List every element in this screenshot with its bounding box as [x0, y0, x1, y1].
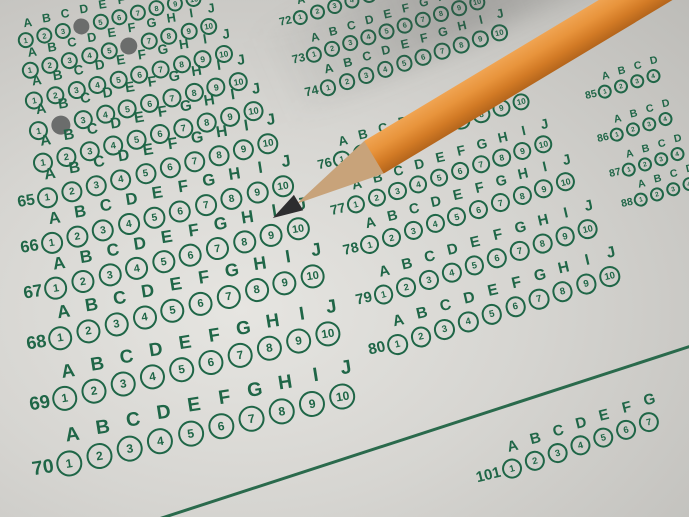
answer-bubble[interactable]: 1 — [633, 191, 650, 208]
question-number: 78 — [325, 239, 360, 262]
option-letter: F — [178, 218, 209, 243]
option-letter: A — [36, 164, 64, 186]
option-letter: H — [184, 62, 209, 81]
option-letter: F — [207, 384, 241, 412]
option-letter: H — [244, 251, 276, 276]
answer-bubble[interactable]: 2 — [366, 187, 388, 209]
option-letter: C — [79, 119, 105, 140]
option-letter: C — [98, 238, 129, 263]
option-letter: B — [86, 414, 120, 442]
option-letter: A — [371, 261, 398, 282]
option-letter: B — [81, 351, 114, 377]
question-number: 68 — [4, 330, 48, 357]
option-letter: I — [246, 157, 275, 180]
option-letter: G — [488, 171, 514, 192]
option-letter: E — [462, 232, 489, 253]
option-letter: A — [32, 130, 58, 151]
answer-bubble[interactable]: 3 — [665, 181, 682, 198]
option-letter: B — [56, 125, 82, 146]
option-letter: A — [51, 358, 84, 384]
option-letter: I — [298, 362, 332, 390]
option-letter: C — [104, 286, 136, 311]
option-letter: D — [139, 336, 172, 362]
option-letter: B — [61, 158, 89, 180]
question-number: 70 — [8, 455, 55, 485]
option-letter: H — [172, 35, 196, 53]
option-letter: B — [71, 244, 102, 269]
answer-bubble[interactable]: 2 — [625, 121, 642, 138]
option-letter: J — [554, 150, 580, 171]
answer-bubble[interactable]: 2 — [70, 268, 96, 294]
answer-bubble[interactable]: 2 — [409, 324, 434, 349]
option-letter: G — [216, 258, 248, 283]
question-number: 69 — [6, 390, 51, 418]
option-letter: D — [439, 240, 466, 261]
option-letter: G — [470, 134, 495, 154]
option-letter: G — [227, 315, 260, 341]
answer-bubble[interactable]: 1 — [47, 324, 74, 351]
answer-bubble[interactable]: 1 — [385, 332, 410, 357]
option-letter: D — [110, 146, 138, 168]
answer-bubble[interactable]: 2 — [637, 156, 654, 173]
option-letter: H — [220, 163, 249, 186]
option-letter: G — [183, 128, 211, 150]
answer-bubble[interactable]: 1 — [372, 283, 396, 307]
option-letter: I — [220, 84, 246, 105]
option-letter: D — [88, 56, 112, 74]
option-letter: E — [109, 51, 133, 69]
option-letter: J — [229, 51, 254, 70]
option-letter: F — [188, 265, 220, 290]
option-letter: E — [134, 140, 162, 162]
answer-bubble[interactable]: 2 — [380, 226, 403, 249]
answer-bubble[interactable]: 3 — [653, 151, 670, 168]
answer-bubble[interactable]: 2 — [80, 377, 109, 406]
option-letter: D — [680, 161, 689, 176]
answer-bubble[interactable]: 1 — [35, 186, 59, 210]
option-letter: G — [151, 40, 175, 58]
option-letter: D — [117, 188, 146, 211]
option-letter: C — [110, 343, 143, 369]
option-letter: B — [66, 201, 95, 224]
option-letter: F — [485, 225, 512, 246]
option-letter: H — [196, 90, 222, 111]
option-letter: A — [40, 207, 69, 230]
option-letter: G — [140, 13, 162, 31]
option-letter: J — [243, 79, 269, 100]
option-letter: G — [162, 67, 187, 86]
option-letter: D — [95, 83, 120, 102]
option-letter: A — [17, 14, 38, 31]
option-letter: A — [29, 100, 54, 119]
option-letter: D — [103, 113, 129, 134]
option-letter: E — [177, 392, 211, 420]
option-letter: H — [268, 369, 302, 397]
option-letter: J — [200, 0, 222, 17]
answer-bubble[interactable]: 1 — [54, 449, 84, 479]
option-letter: F — [140, 73, 165, 92]
option-letter: F — [120, 18, 142, 36]
option-letter: H — [208, 122, 236, 144]
answer-bubble[interactable]: 2 — [60, 180, 84, 204]
option-letter: I — [511, 121, 536, 141]
question-number: 66 — [0, 236, 40, 261]
option-letter: A — [44, 251, 75, 276]
answer-bubble[interactable]: 1 — [609, 126, 626, 143]
option-letter: G — [194, 169, 223, 192]
option-letter: B — [76, 292, 108, 317]
question-number: 65 — [0, 191, 36, 214]
option-letter: J — [532, 114, 557, 134]
question-number: 80 — [349, 338, 387, 363]
question-number: 101 — [465, 463, 502, 488]
option-letter: G — [238, 377, 272, 405]
option-letter: E — [126, 107, 152, 128]
question-number: 79 — [337, 289, 373, 312]
option-letter: D — [668, 131, 687, 146]
option-letter: G — [129, 0, 150, 4]
option-letter: B — [308, 0, 328, 3]
answer-bubble[interactable]: 1 — [50, 384, 79, 413]
answer-bubble[interactable]: 2 — [523, 449, 547, 473]
option-letter: G — [205, 211, 236, 236]
option-letter: D — [81, 28, 103, 46]
answer-bubble[interactable]: 1 — [500, 456, 524, 480]
option-letter: C — [116, 406, 150, 434]
option-letter: E — [160, 272, 192, 297]
option-letter: E — [168, 329, 201, 355]
option-letter: B — [46, 66, 70, 84]
answer-bubble[interactable]: 1 — [345, 194, 367, 216]
option-letter: H — [256, 308, 289, 334]
answer-bubble[interactable]: 1 — [597, 83, 614, 100]
option-letter: G — [173, 96, 199, 117]
option-letter: D — [656, 96, 675, 111]
option-letter: E — [92, 0, 113, 13]
answer-bubble[interactable]: 4 — [109, 168, 133, 192]
option-letter: C — [401, 199, 427, 220]
option-letter: E — [117, 78, 142, 97]
option-letter: D — [644, 53, 663, 68]
option-letter: I — [193, 30, 217, 48]
option-letter: D — [125, 231, 156, 256]
option-letter: G — [636, 389, 663, 411]
question-number — [0, 132, 27, 137]
option-letter: D — [146, 399, 180, 427]
option-letter: E — [100, 23, 122, 41]
option-letter: J — [597, 242, 625, 265]
option-letter: F — [169, 176, 198, 199]
answer-bubble[interactable]: 2 — [75, 318, 102, 345]
answer-bubble[interactable]: 3 — [629, 73, 646, 90]
option-letter: H — [490, 127, 515, 147]
option-letter: B — [51, 94, 76, 113]
question-number: 67 — [2, 280, 44, 307]
option-letter: H — [232, 205, 263, 230]
question-number: 85 — [572, 88, 598, 105]
option-letter: A — [55, 421, 89, 449]
option-letter: J — [272, 151, 301, 174]
option-letter: F — [149, 102, 175, 123]
option-letter: A — [25, 71, 49, 89]
option-letter: C — [67, 61, 91, 79]
option-letter: I — [233, 116, 261, 138]
option-letter: C — [85, 152, 113, 174]
option-letter: A — [48, 299, 80, 324]
option-letter: A — [21, 43, 43, 61]
option-letter: H — [160, 9, 182, 27]
answer-bubble[interactable]: 2 — [649, 186, 666, 203]
answer-bubble[interactable]: 1 — [621, 161, 638, 178]
option-letter: F — [198, 322, 231, 348]
question-number — [0, 165, 31, 170]
option-letter: I — [206, 56, 231, 75]
option-letter: D — [132, 279, 164, 304]
option-letter: E — [151, 224, 182, 249]
option-letter: J — [257, 110, 285, 132]
option-letter: F — [159, 134, 187, 156]
option-letter: B — [394, 254, 421, 275]
option-letter: B — [36, 10, 57, 27]
answer-bubble[interactable]: 4 — [657, 111, 674, 128]
option-letter: D — [73, 0, 94, 17]
option-letter: B — [41, 38, 63, 56]
option-letter: I — [272, 244, 304, 269]
answer-bubble[interactable]: 3 — [84, 174, 108, 198]
answer-sheet-photo: ABCDEFGHIJ12345678910ABCDEFGHIJ123456789… — [0, 0, 689, 517]
question-number — [0, 72, 20, 77]
answer-bubble[interactable]: 4 — [669, 146, 686, 163]
option-letter: I — [180, 4, 202, 22]
answer-bubble[interactable]: 4 — [645, 68, 662, 85]
question-number — [0, 42, 16, 46]
option-letter: C — [417, 247, 444, 268]
question-number — [0, 102, 24, 107]
question-number: 87 — [596, 166, 622, 183]
answer-bubble[interactable]: 1 — [358, 233, 381, 256]
option-letter: C — [73, 89, 98, 108]
answer-bubble[interactable]: 3 — [641, 116, 658, 133]
option-letter: I — [285, 300, 318, 326]
question-number: 88 — [608, 196, 634, 213]
option-letter: C — [61, 33, 83, 51]
option-letter: E — [143, 182, 172, 205]
option-letter: C — [91, 195, 120, 218]
answer-bubble[interactable]: 1 — [43, 275, 69, 301]
option-letter: C — [55, 5, 76, 22]
answer-bubble[interactable]: 2 — [394, 275, 418, 299]
option-letter: F — [130, 45, 154, 63]
answer-bubble[interactable]: 2 — [613, 78, 630, 95]
option-letter: J — [214, 25, 238, 43]
question-number: 86 — [584, 131, 610, 148]
option-letter: F — [111, 0, 132, 8]
answer-bubble[interactable]: 2 — [85, 441, 115, 471]
